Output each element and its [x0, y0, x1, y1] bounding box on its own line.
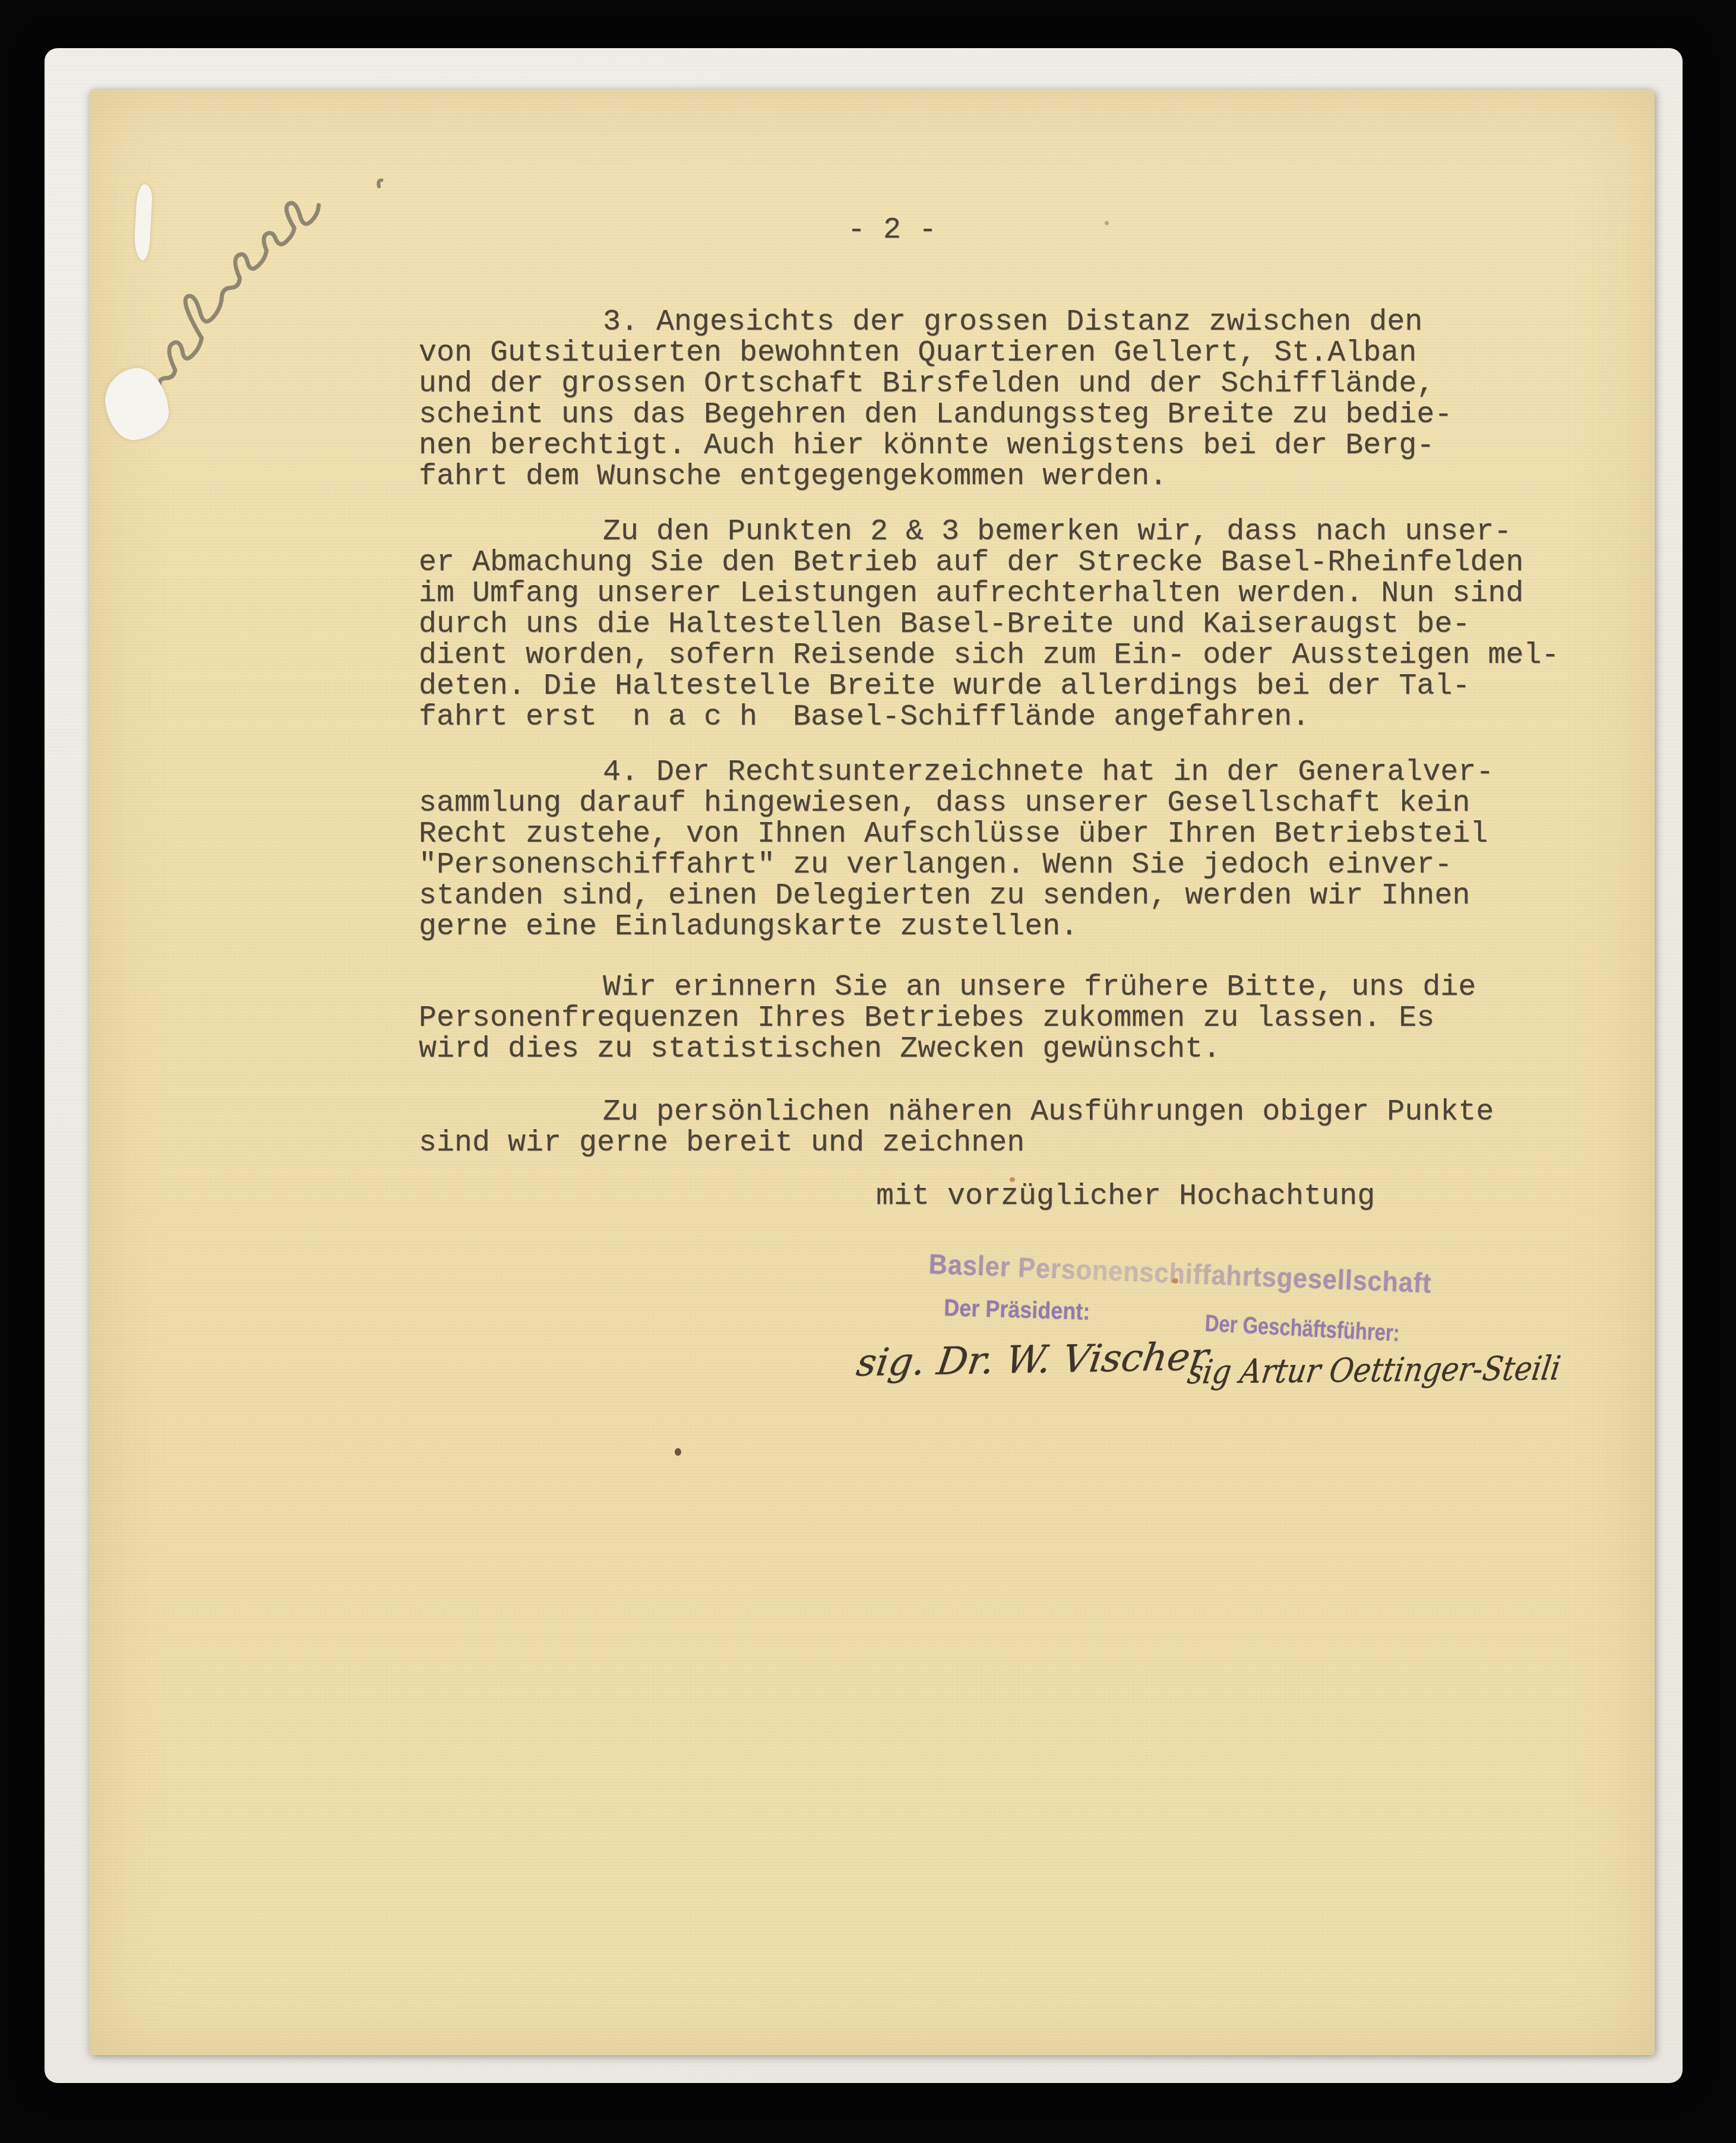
typed-line: 4. Der Rechtsunterzeichnete hat in der G… — [419, 757, 1583, 788]
typed-line: gerne eine Einladungskarte zustellen. — [419, 912, 1583, 943]
typed-line: Zu den Punkten 2 & 3 bemerken wir, dass … — [419, 517, 1583, 548]
stamp-president-label: Der Präsident: — [944, 1295, 1090, 1326]
typed-line: scheint uns das Begehren den Landungsste… — [419, 400, 1583, 431]
typed-line: deten. Die Haltestelle Breite wurde alle… — [419, 671, 1583, 702]
paragraph-2: Zu den Punkten 2 & 3 bemerken wir, dass … — [419, 517, 1583, 733]
typed-line: standen sind, einen Delegierten zu sende… — [419, 881, 1583, 912]
typed-line: Recht zustehe, von Ihnen Aufschlüsse übe… — [419, 819, 1583, 850]
typed-line: im Umfang unserer Leistungen aufrechterh… — [419, 579, 1583, 609]
paragraph-4: Wir erinnern Sie an unsere frühere Bitte… — [419, 972, 1583, 1065]
typed-line: fahrt erst n a c h Basel-Schifflände ang… — [419, 702, 1583, 733]
typed-line: "Personenschiffahrt" zu verlangen. Wenn … — [419, 850, 1583, 881]
typed-line: durch uns die Haltestellen Basel-Breite … — [419, 609, 1583, 640]
typed-line: sind wir gerne bereit und zeichnen — [419, 1128, 1583, 1159]
typed-line: er Abmachung Sie den Betrieb auf der Str… — [419, 548, 1583, 579]
typed-line: wird dies zu statistischen Zwecken gewün… — [419, 1034, 1583, 1065]
typed-line: von Gutsituierten bewohnten Quartieren G… — [419, 338, 1583, 369]
typed-line: dient worden, sofern Reisende sich zum E… — [419, 640, 1583, 671]
typed-line: 3. Angesichts der grossen Distanz zwisch… — [419, 307, 1583, 338]
paper-speck — [1105, 221, 1109, 225]
paragraph-3: 4. Der Rechtsunterzeichnete hat in der G… — [419, 757, 1583, 943]
paper-speck — [1172, 1278, 1178, 1284]
signature-manager: sig Artur Oettinger-Steili — [1185, 1349, 1563, 1392]
typed-line: Zu persönlichen näheren Ausführungen obi… — [419, 1097, 1583, 1128]
typed-line: Wir erinnern Sie an unsere frühere Bitte… — [419, 972, 1583, 1003]
page-number: - 2 - — [848, 215, 937, 246]
paper-speck — [1010, 1177, 1015, 1182]
signature-president: sig. Dr. W. Vischer — [854, 1335, 1212, 1385]
paragraph-5: Zu persönlichen näheren Ausführungen obi… — [419, 1097, 1583, 1159]
paragraph-1: 3. Angesichts der grossen Distanz zwisch… — [419, 307, 1583, 492]
typed-line: sammlung darauf hingewiesen, dass unsere… — [419, 788, 1583, 819]
paper-speck — [675, 1448, 681, 1456]
scanned-letter-page-2: - 2 - 3. Angesichts der grossen Distanz … — [0, 0, 1736, 2143]
typed-line: und der grossen Ortschaft Birsfelden und… — [419, 369, 1583, 400]
typed-line: nen berechtigt. Auch hier könnte wenigst… — [419, 431, 1583, 462]
closing-line: mit vorzüglicher Hochachtung — [876, 1181, 1375, 1212]
typed-line: Personenfrequenzen Ihres Betriebes zukom… — [419, 1003, 1583, 1034]
typed-line: fahrt dem Wunsche entgegengekommen werde… — [419, 462, 1583, 492]
